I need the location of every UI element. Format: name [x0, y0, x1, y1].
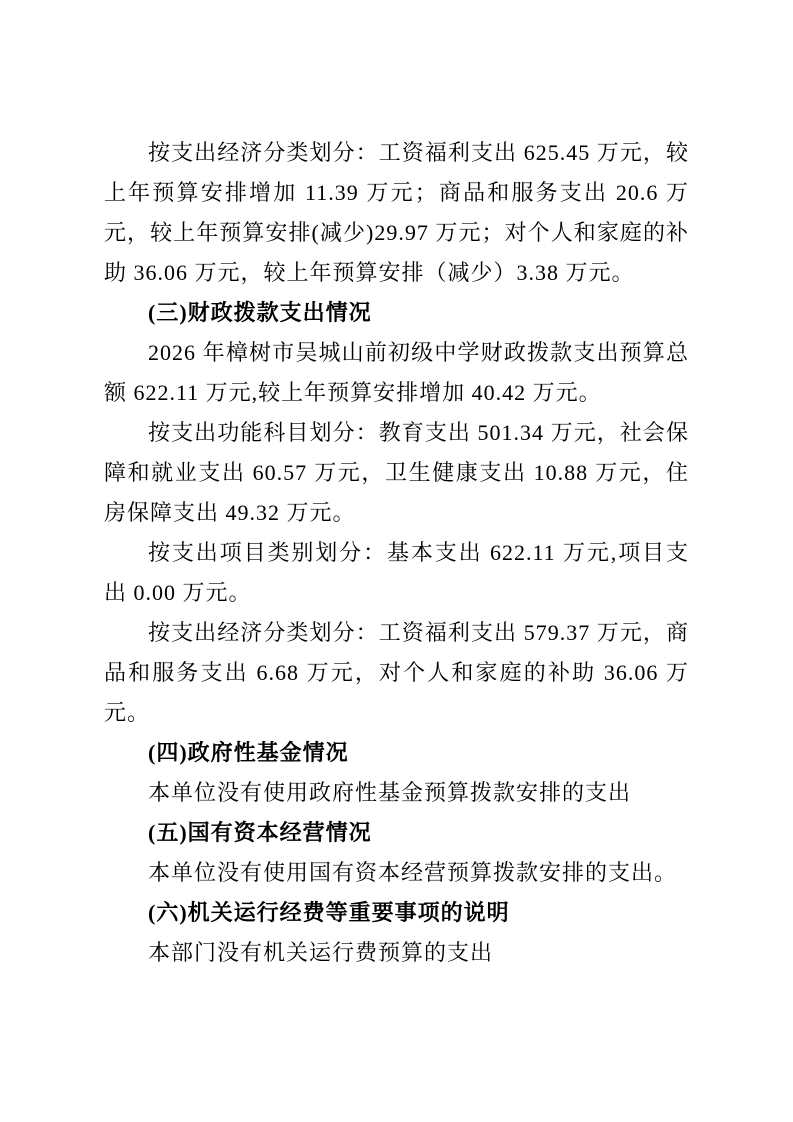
paragraph-expenditure-by-project-category: 按支出项目类别划分：基本支出 622.11 万元,项目支出 0.00 万元。: [104, 533, 689, 613]
paragraph-operating-expenses-statement: 本部门没有机关运行费预算的支出: [104, 933, 689, 973]
paragraph-fiscal-appropriation-total: 2026 年樟树市吴城山前初级中学财政拨款支出预算总额 622.11 万元,较上…: [104, 333, 689, 413]
heading-fiscal-appropriation-expenditure: (三)财政拨款支出情况: [104, 293, 689, 333]
document-content: 按支出经济分类划分：工资福利支出 625.45 万元，较上年预算安排增加 11.…: [104, 133, 689, 973]
heading-government-fund: (四)政府性基金情况: [104, 733, 689, 773]
paragraph-state-owned-capital-statement: 本单位没有使用国有资本经营预算拨款安排的支出。: [104, 853, 689, 893]
paragraph-expenditure-by-economic-classification-total: 按支出经济分类划分：工资福利支出 625.45 万元，较上年预算安排增加 11.…: [104, 133, 689, 293]
paragraph-fiscal-expenditure-by-economic-classification: 按支出经济分类划分：工资福利支出 579.37 万元，商品和服务支出 6.68 …: [104, 613, 689, 733]
heading-operating-expenses: (六)机关运行经费等重要事项的说明: [104, 893, 689, 933]
paragraph-expenditure-by-function: 按支出功能科目划分：教育支出 501.34 万元，社会保障和就业支出 60.57…: [104, 413, 689, 533]
heading-state-owned-capital: (五)国有资本经营情况: [104, 813, 689, 853]
paragraph-government-fund-statement: 本单位没有使用政府性基金预算拨款安排的支出: [104, 773, 689, 813]
document-page: 按支出经济分类划分：工资福利支出 625.45 万元，较上年预算安排增加 11.…: [0, 0, 793, 1122]
